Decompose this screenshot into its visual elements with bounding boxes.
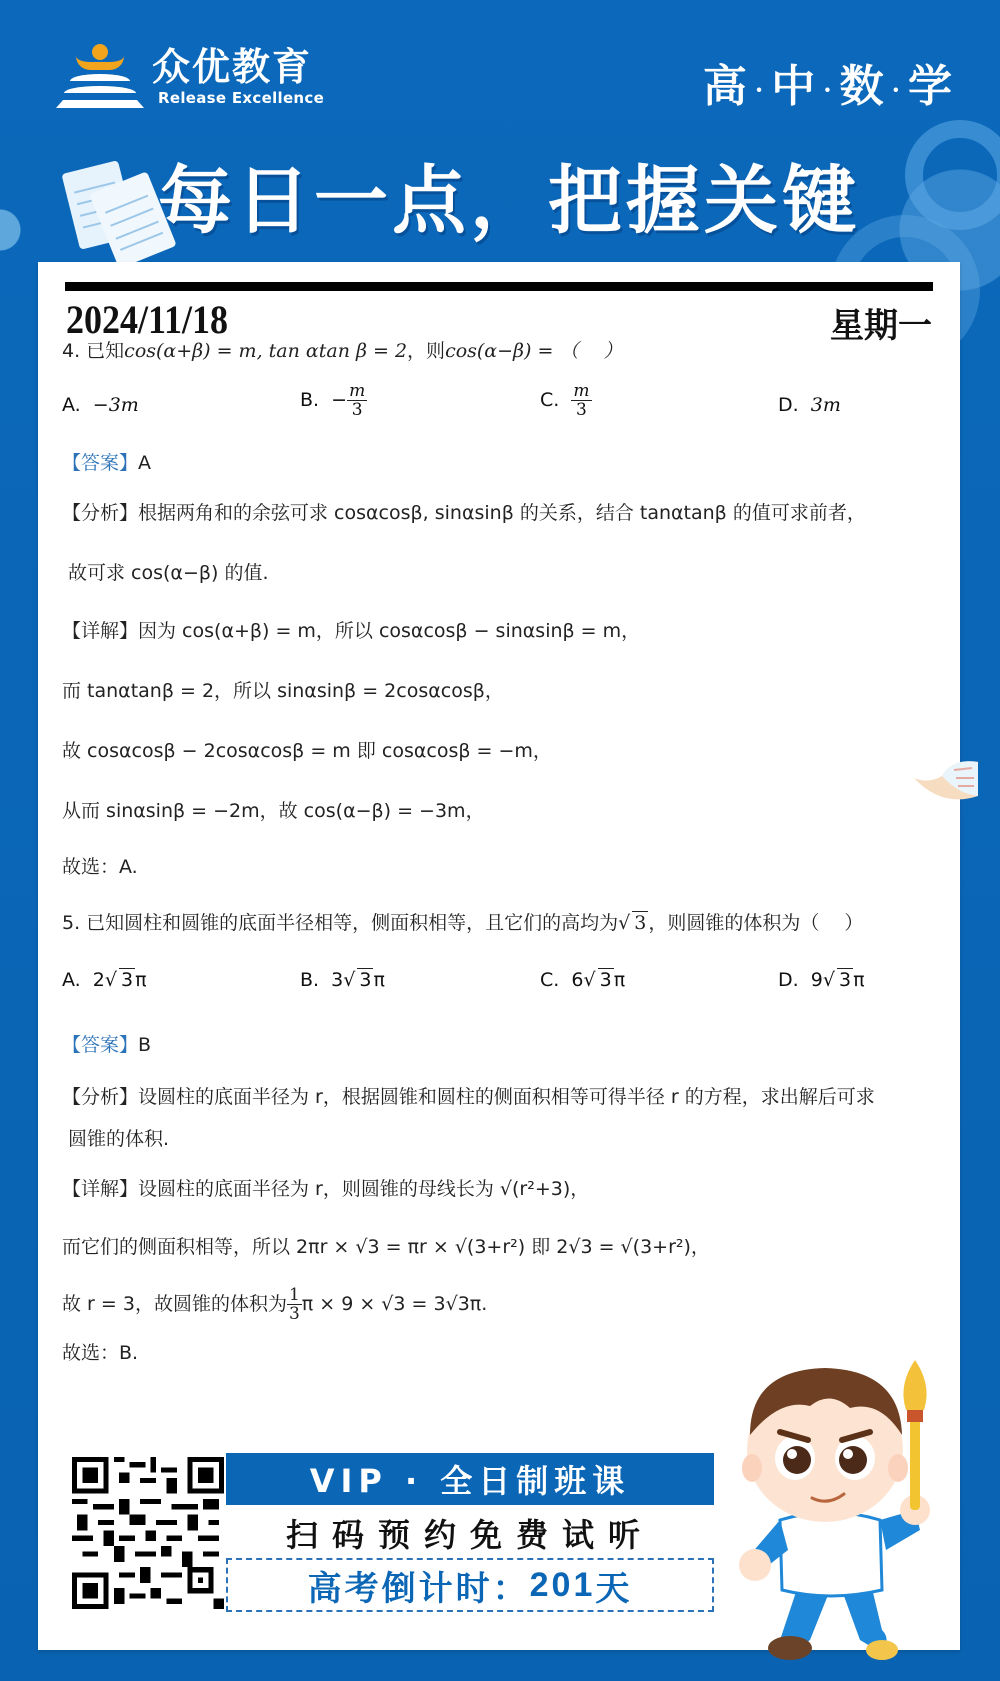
paper-curl-illustration — [912, 758, 982, 808]
question-5-detail: 【详解】设圆柱的底面半径为 r，则圆锥的母线长为 √(r²+3)， — [62, 1174, 589, 1201]
question-4-answer: 【答案】A — [62, 448, 151, 475]
question-4-stem: 4. 已知cos(α+β) = m, tan αtan β = 2，则cos(α… — [62, 336, 623, 363]
question-4-option-c: C. m3 — [540, 382, 592, 419]
question-5-option-b: B. 3√3π — [300, 968, 385, 991]
question-5-analysis-cont: 圆锥的体积. — [68, 1124, 169, 1151]
divider — [65, 282, 933, 291]
qr-code-icon — [72, 1457, 224, 1609]
qr-code[interactable] — [72, 1457, 224, 1609]
exam-countdown: 高考倒计时：201天 — [226, 1558, 714, 1612]
mascot-illustration — [710, 1340, 970, 1670]
cta-text: 扫码预约免费试听 — [226, 1508, 714, 1558]
course-banner: VIP · 全日制班课 — [226, 1453, 714, 1505]
question-4-analysis: 【分析】根据两角和的余弦可求 cosαcosβ, sinαsinβ 的关系，结合… — [62, 498, 866, 525]
subject-title: 高·中·数·学 — [703, 50, 954, 114]
question-5-stem: 5. 已知圆柱和圆锥的底面半径相等，侧面积相等，且它们的高均为√3，则圆锥的体积… — [62, 908, 863, 935]
question-4-conclusion: 故选：A. — [62, 852, 138, 879]
question-5-option-a: A. 2√3π — [62, 968, 147, 991]
question-4-analysis-cont: 故可求 cos(α−β) 的值. — [68, 558, 268, 585]
brand-tagline: Release Excellence — [158, 89, 324, 107]
question-5-option-d: D. 9√3π — [778, 968, 865, 991]
question-4-option-b: B. −m3 — [300, 382, 367, 419]
question-5-detail-line: 故 r = 3，故圆锥的体积为13π × 9 × √3 = 3√3π. — [62, 1286, 487, 1323]
question-5-option-c: C. 6√3π — [540, 968, 625, 991]
question-5-answer: 【答案】B — [62, 1030, 151, 1057]
question-4-option-d: D. 3m — [778, 394, 841, 416]
question-4-option-a: A. −3m — [62, 394, 139, 416]
brand-logo: 众优教育 Release Excellence — [56, 40, 324, 112]
question-4-detail-line: 而 tanαtanβ = 2，所以 sinαsinβ = 2cosαcosβ， — [62, 676, 504, 703]
logo-icon — [56, 40, 144, 112]
weekday-label: 星期一 — [830, 298, 932, 347]
slogan-banner: 每日一点，把握关键 — [158, 142, 860, 248]
question-4-detail-line: 从而 sinαsinβ = −2m，故 cos(α−β) = −3m， — [62, 796, 485, 823]
brand-name: 众优教育 — [152, 45, 324, 89]
question-5-conclusion: 故选：B. — [62, 1338, 138, 1365]
question-5-analysis: 【分析】设圆柱的底面半径为 r，根据圆锥和圆柱的侧面积相等可得半径 r 的方程，… — [62, 1082, 875, 1109]
question-5-detail-line: 而它们的侧面积相等，所以 2πr × √3 = πr × √(3+r²) 即 2… — [62, 1232, 710, 1259]
question-4-detail-line: 故 cosαcosβ − 2cosαcosβ = m 即 cosαcosβ = … — [62, 736, 552, 763]
question-4-detail: 【详解】因为 cos(α+β) = m，所以 cosαcosβ − sinαsi… — [62, 616, 640, 643]
